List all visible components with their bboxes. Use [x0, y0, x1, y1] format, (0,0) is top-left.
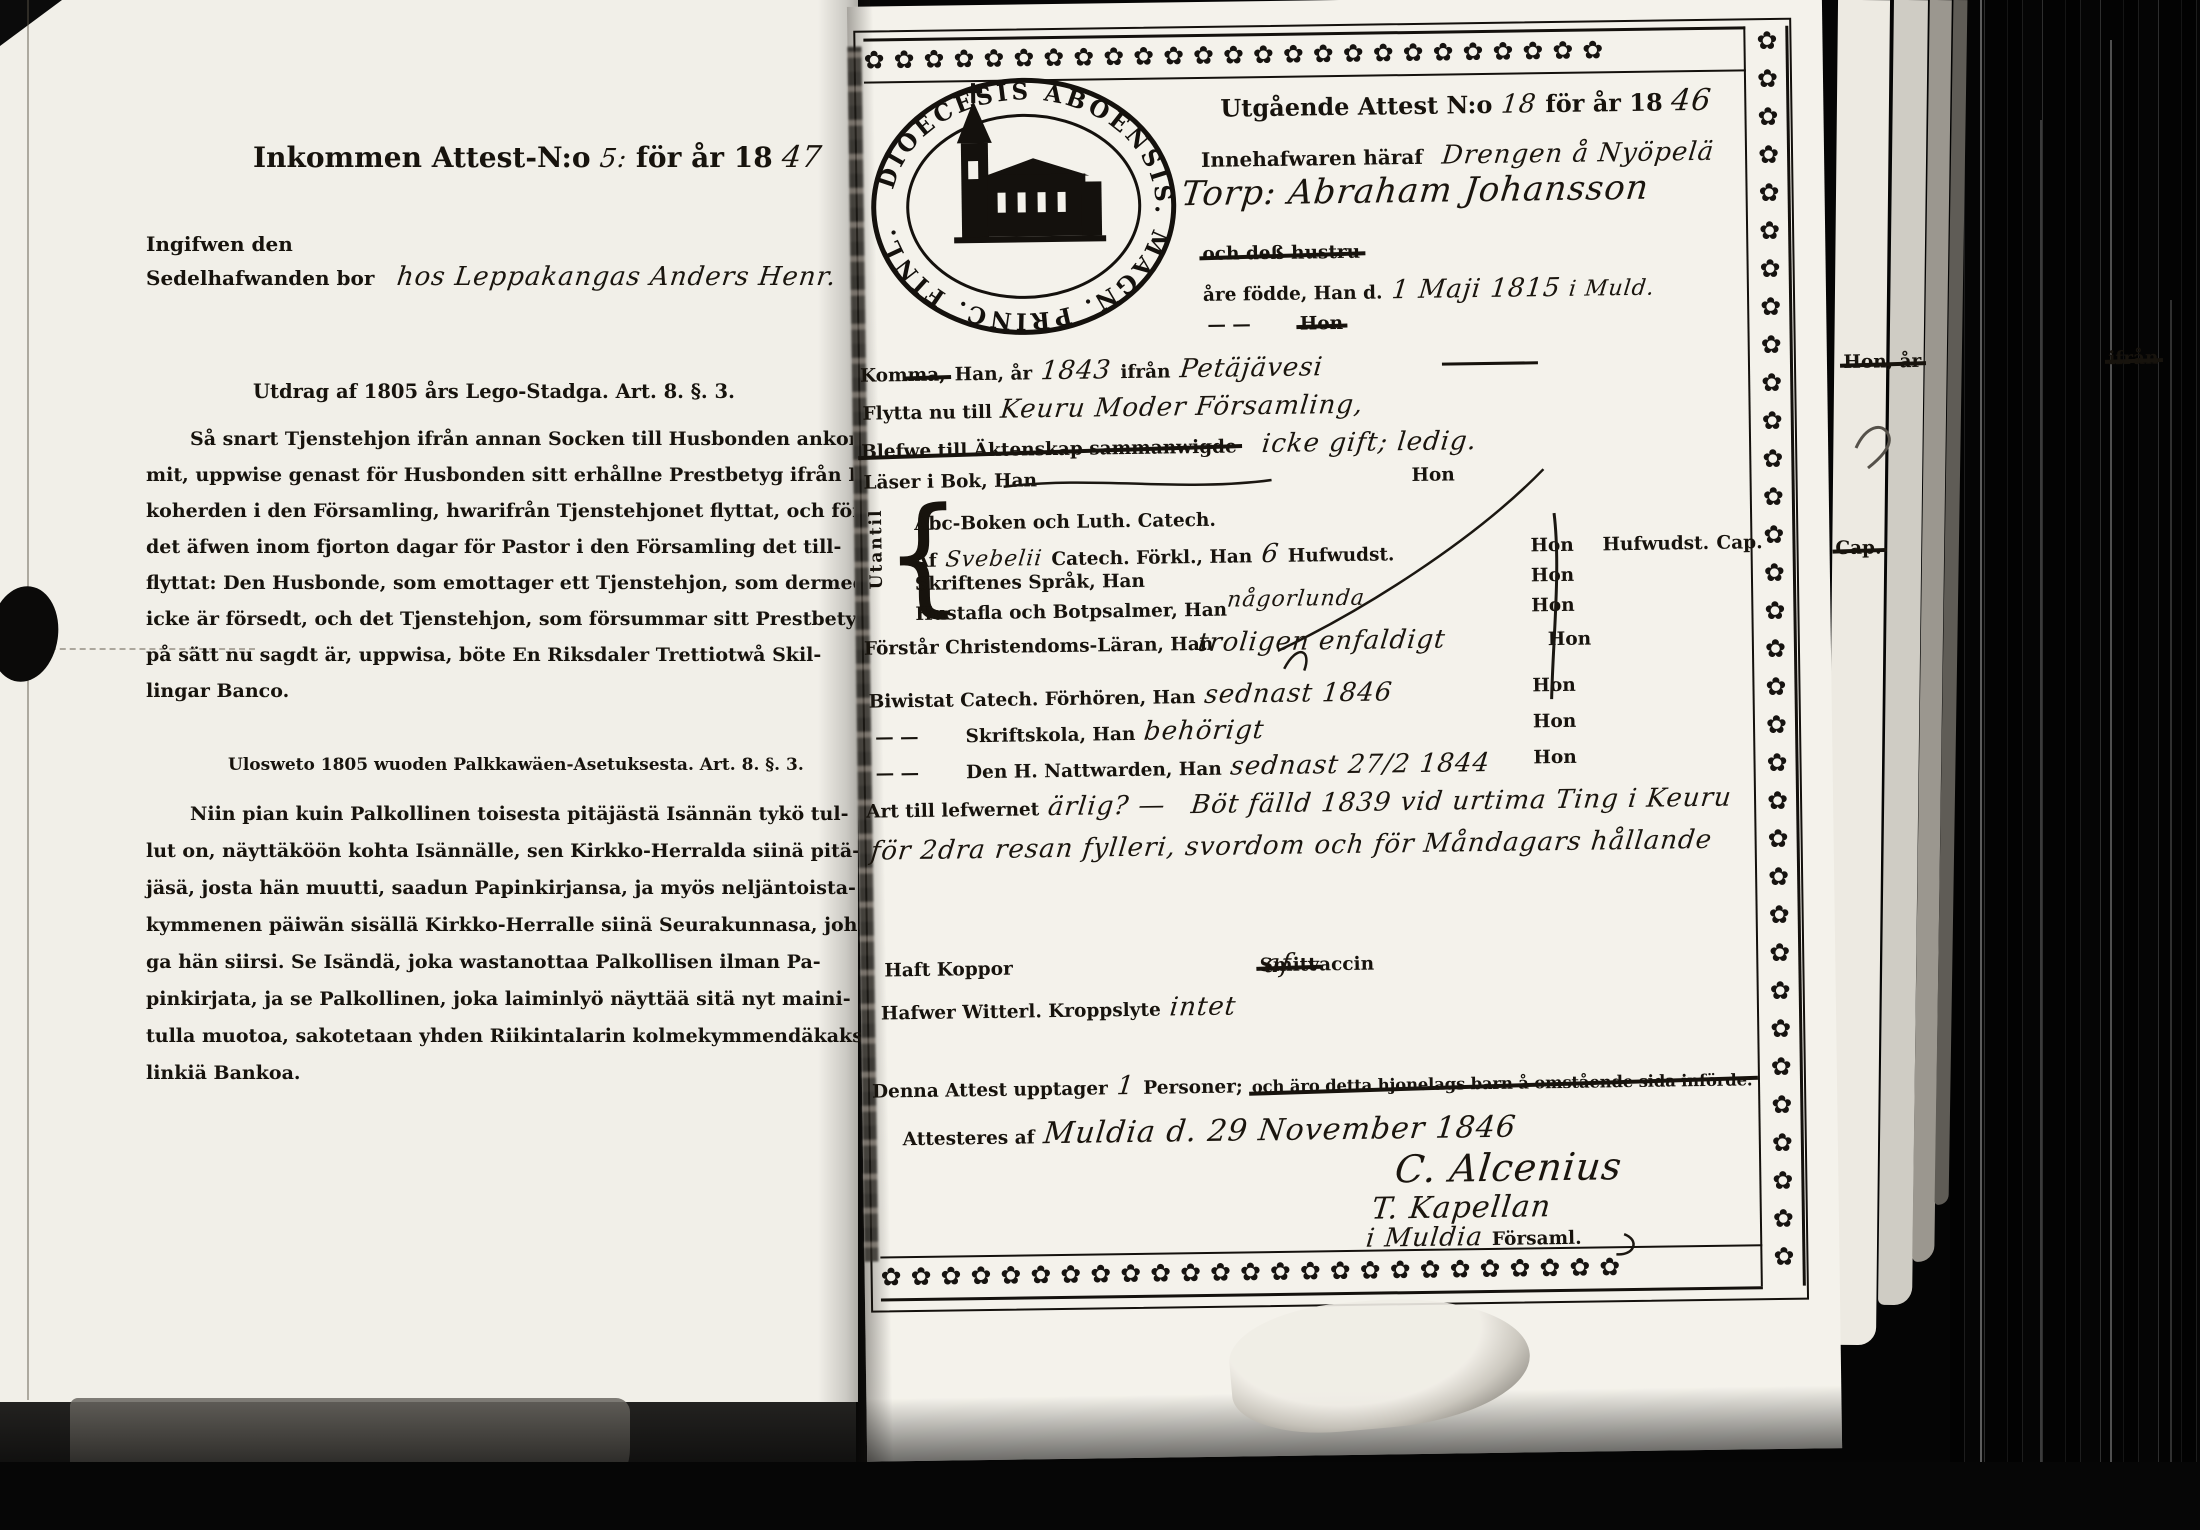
svebelii-hw: Svebelii — [944, 546, 1043, 572]
kommen-label2: Han, år — [955, 363, 1033, 385]
signature-place-printed: Församl. — [1492, 1228, 1582, 1250]
kommen-place-hw: Petäjävesi — [1178, 352, 1324, 384]
finnish-line: linkiä Bankoa. — [146, 1062, 301, 1084]
torp-hw: Torp: Abraham Johansson — [1179, 168, 1651, 215]
kommen-ifran-label: ifrån — [1120, 361, 1170, 383]
sedelhafwanden-hw: hos Leppakangas Anders Henr. — [396, 262, 839, 292]
edge-ink-mark — [1848, 408, 1908, 478]
finnish-line: Niin pian kuin Palkollinen toisesta pitä… — [190, 803, 848, 825]
skriftskola-label: Skriftskola, Han — [965, 724, 1135, 747]
koppor-af-hw: af — [1263, 949, 1293, 979]
header-label: Utgående Attest N:o — [1220, 90, 1492, 123]
lefwernet-hw: ärlig? — — [1047, 790, 1168, 822]
innehafwaren-hw: Drengen å Nyöpelä — [1440, 137, 1715, 171]
kroppslyte-label: Hafwer Witterl. Kroppslyte — [881, 1000, 1161, 1025]
finnish-heading: Ulosweto 1805 wuoden Palkkawäen-Asetukse… — [228, 755, 804, 775]
left-page: Inkommen Attest-N:o 5: för år 18 47 Ingi… — [0, 0, 858, 1402]
koppor-label: Haft Koppor — [884, 959, 1013, 982]
nattwarden-label: Den H. Nattwarden, Han — [966, 759, 1222, 784]
fodde-label: åre födde, Han d. — [1203, 282, 1383, 306]
dash-marks: — — — [875, 727, 919, 749]
dark-background-streaks — [1950, 0, 2200, 1530]
svebelii-pre: Af — [915, 551, 937, 572]
svebelii-cap2: Cap. — [1716, 532, 1762, 554]
kommen-label-struck: ma, — [908, 365, 946, 387]
innehafwaren-label: Innehafwaren häraf — [1201, 145, 1423, 172]
blefwe-hw: icke gift; ledig. — [1260, 426, 1478, 459]
laser-hon-label: Hon — [1411, 464, 1455, 486]
koppor-vaccin-label: vaccin — [1308, 954, 1374, 976]
skriftskola-hon: Hon — [1533, 711, 1577, 733]
swedish-line: koherden i den Församling, hwarifrån Tje… — [146, 500, 895, 522]
svebelii-hon: Hon — [1530, 535, 1574, 557]
torn-corner — [0, 0, 62, 46]
kroppslyte-hw: intet — [1168, 992, 1238, 1023]
kommen-label: Kom — [860, 365, 908, 387]
kommen-ifran-struck: ifrån — [2108, 348, 2158, 370]
swedish-line: på sätt nu sagdt är, uppwisa, böte En Ri… — [146, 644, 821, 666]
finnish-line: kymmenen päiwän sisällä Kirkko-Herralle … — [146, 914, 892, 936]
dash-marks: — — — [1207, 314, 1251, 336]
svebelii-mid: Catech. Förkl., Han — [1051, 546, 1252, 570]
signature-place-hw: i Muldia — [1365, 1222, 1485, 1254]
skriftenes-hon: Hon — [1531, 565, 1575, 587]
upptager-struck: och äro detta hjonelags barn å omstående… — [1252, 1070, 1753, 1096]
swedish-heading: Utdrag af 1805 års Lego-Stadga. Art. 8. … — [253, 380, 735, 403]
header-year-hw: 46 — [1670, 83, 1714, 119]
biwistat-hw: sednast 1846 — [1203, 677, 1394, 710]
lefwernet-label: Art till lefwernet — [866, 799, 1039, 822]
finnish-line: ga hän siirsi. Se Isändä, joka wastanott… — [146, 951, 821, 973]
left-title-number-hw: 5: — [598, 144, 629, 174]
header-number-hw: 18 — [1500, 89, 1538, 120]
left-title-label: Inkommen Attest-N:o — [253, 141, 591, 174]
attesteres-hw: Muldia d. 29 November 1846 — [1042, 1110, 1518, 1152]
archival-book-scan: Inkommen Attest-N:o 5: för år 18 47 Ingi… — [0, 0, 2200, 1530]
swedish-line: Så snart Tjenstehjon ifrån annan Socken … — [190, 428, 877, 450]
abc-label: Abc-Boken och Luth. Catech. — [914, 510, 1216, 535]
svebelii-hufwudst2: Hufwudst. — [1602, 533, 1709, 555]
hustafla-label: Hustafla och Botpsalmer, Han — [915, 600, 1227, 625]
flytta-hw: Keuru Moder Församling, — [999, 390, 1365, 425]
right-page-attest-form: ✿✿✿✿✿✿✿✿✿✿✿✿✿✿✿✿✿✿✿✿✿✿✿✿✿ ✿✿✿✿✿✿✿✿✿✿✿✿✿✿… — [847, 0, 1842, 1462]
hustafla-hw: någorlunda — [1226, 586, 1366, 613]
fodde-date-hw: 1 Maji 1815 — [1390, 273, 1562, 305]
hon-struck: Hon — [1300, 313, 1344, 335]
finnish-line: lut on, näyttäköön kohta Isännälle, sen … — [146, 840, 860, 862]
swedish-line: mit, uppwise genast för Husbonden sitt e… — [146, 464, 893, 486]
kommen-year-hw: 1843 — [1040, 355, 1113, 386]
dash-marks: — — — [875, 763, 919, 785]
finnish-line: jäsä, josta hän muutti, saadun Papinkirj… — [146, 877, 856, 899]
upptager-personer: Personer; — [1143, 1076, 1243, 1098]
forstar-hw: troligen enfaldigt — [1196, 625, 1447, 659]
blefwe-struck-label: Blefwe till Äktenskap sammanwigde — [861, 436, 1237, 462]
biwistat-label: Biwistat Catech. Förhören, Han — [868, 687, 1195, 713]
attesteres-label: Attesteres af — [903, 1127, 1035, 1150]
upptager-count-hw: 1 — [1115, 1071, 1136, 1101]
ingifwen-label: Ingifwen den — [146, 232, 293, 256]
svebelii-cap-struck: Cap. — [1835, 537, 1881, 559]
finnish-line: pinkirjata, ja se Palkollinen, joka laim… — [146, 988, 851, 1010]
sedelhafwanden-label: Sedelhafwanden bor — [146, 266, 374, 290]
swedish-line: flyttat: Den Husbonde, som emottager ett… — [146, 572, 866, 594]
biwistat-hon: Hon — [1532, 675, 1576, 697]
finnish-line: tulla muotoa, sakotetaan yhden Riikintal… — [146, 1025, 912, 1047]
skriftenes-label: Skriftenes Språk, Han — [915, 571, 1145, 595]
finger-shadow — [0, 582, 64, 687]
swedish-line: lingar Banco. — [146, 680, 289, 702]
forstar-hon: Hon — [1548, 629, 1592, 651]
upptager-label: Denna Attest upptager — [872, 1078, 1108, 1102]
bottom-dark-band — [0, 1462, 2200, 1530]
page-fold-line — [27, 0, 29, 1400]
flytta-label: Flytta nu till — [862, 402, 992, 425]
kommen-hon-struck: Hon, år — [1843, 351, 1921, 373]
svebelii-hufwudst: Hufwudst. — [1288, 544, 1395, 566]
skriftskola-hw: behörigt — [1143, 715, 1267, 747]
svebelii-count-hw: 6 — [1260, 539, 1281, 569]
nattwarden-hon: Hon — [1533, 747, 1577, 769]
nattwarden-hw: sednast 27/2 1844 — [1229, 748, 1492, 782]
swedish-line: det äfwen inom fjorton dagar för Pastor … — [146, 536, 841, 558]
hustafla-hon: Hon — [1531, 595, 1575, 617]
signature-hw: C. Alcenius — [1393, 1144, 1625, 1191]
swedish-line: icke är försedt, och det Tjenstehjon, so… — [146, 608, 876, 630]
left-title-year-label: för år 18 — [636, 141, 773, 174]
hustru-struck-label: och deß hustru — [1202, 242, 1360, 265]
fodde-place-hw: i Muld. — [1568, 276, 1657, 302]
header-year-label: för år 18 — [1545, 87, 1663, 118]
